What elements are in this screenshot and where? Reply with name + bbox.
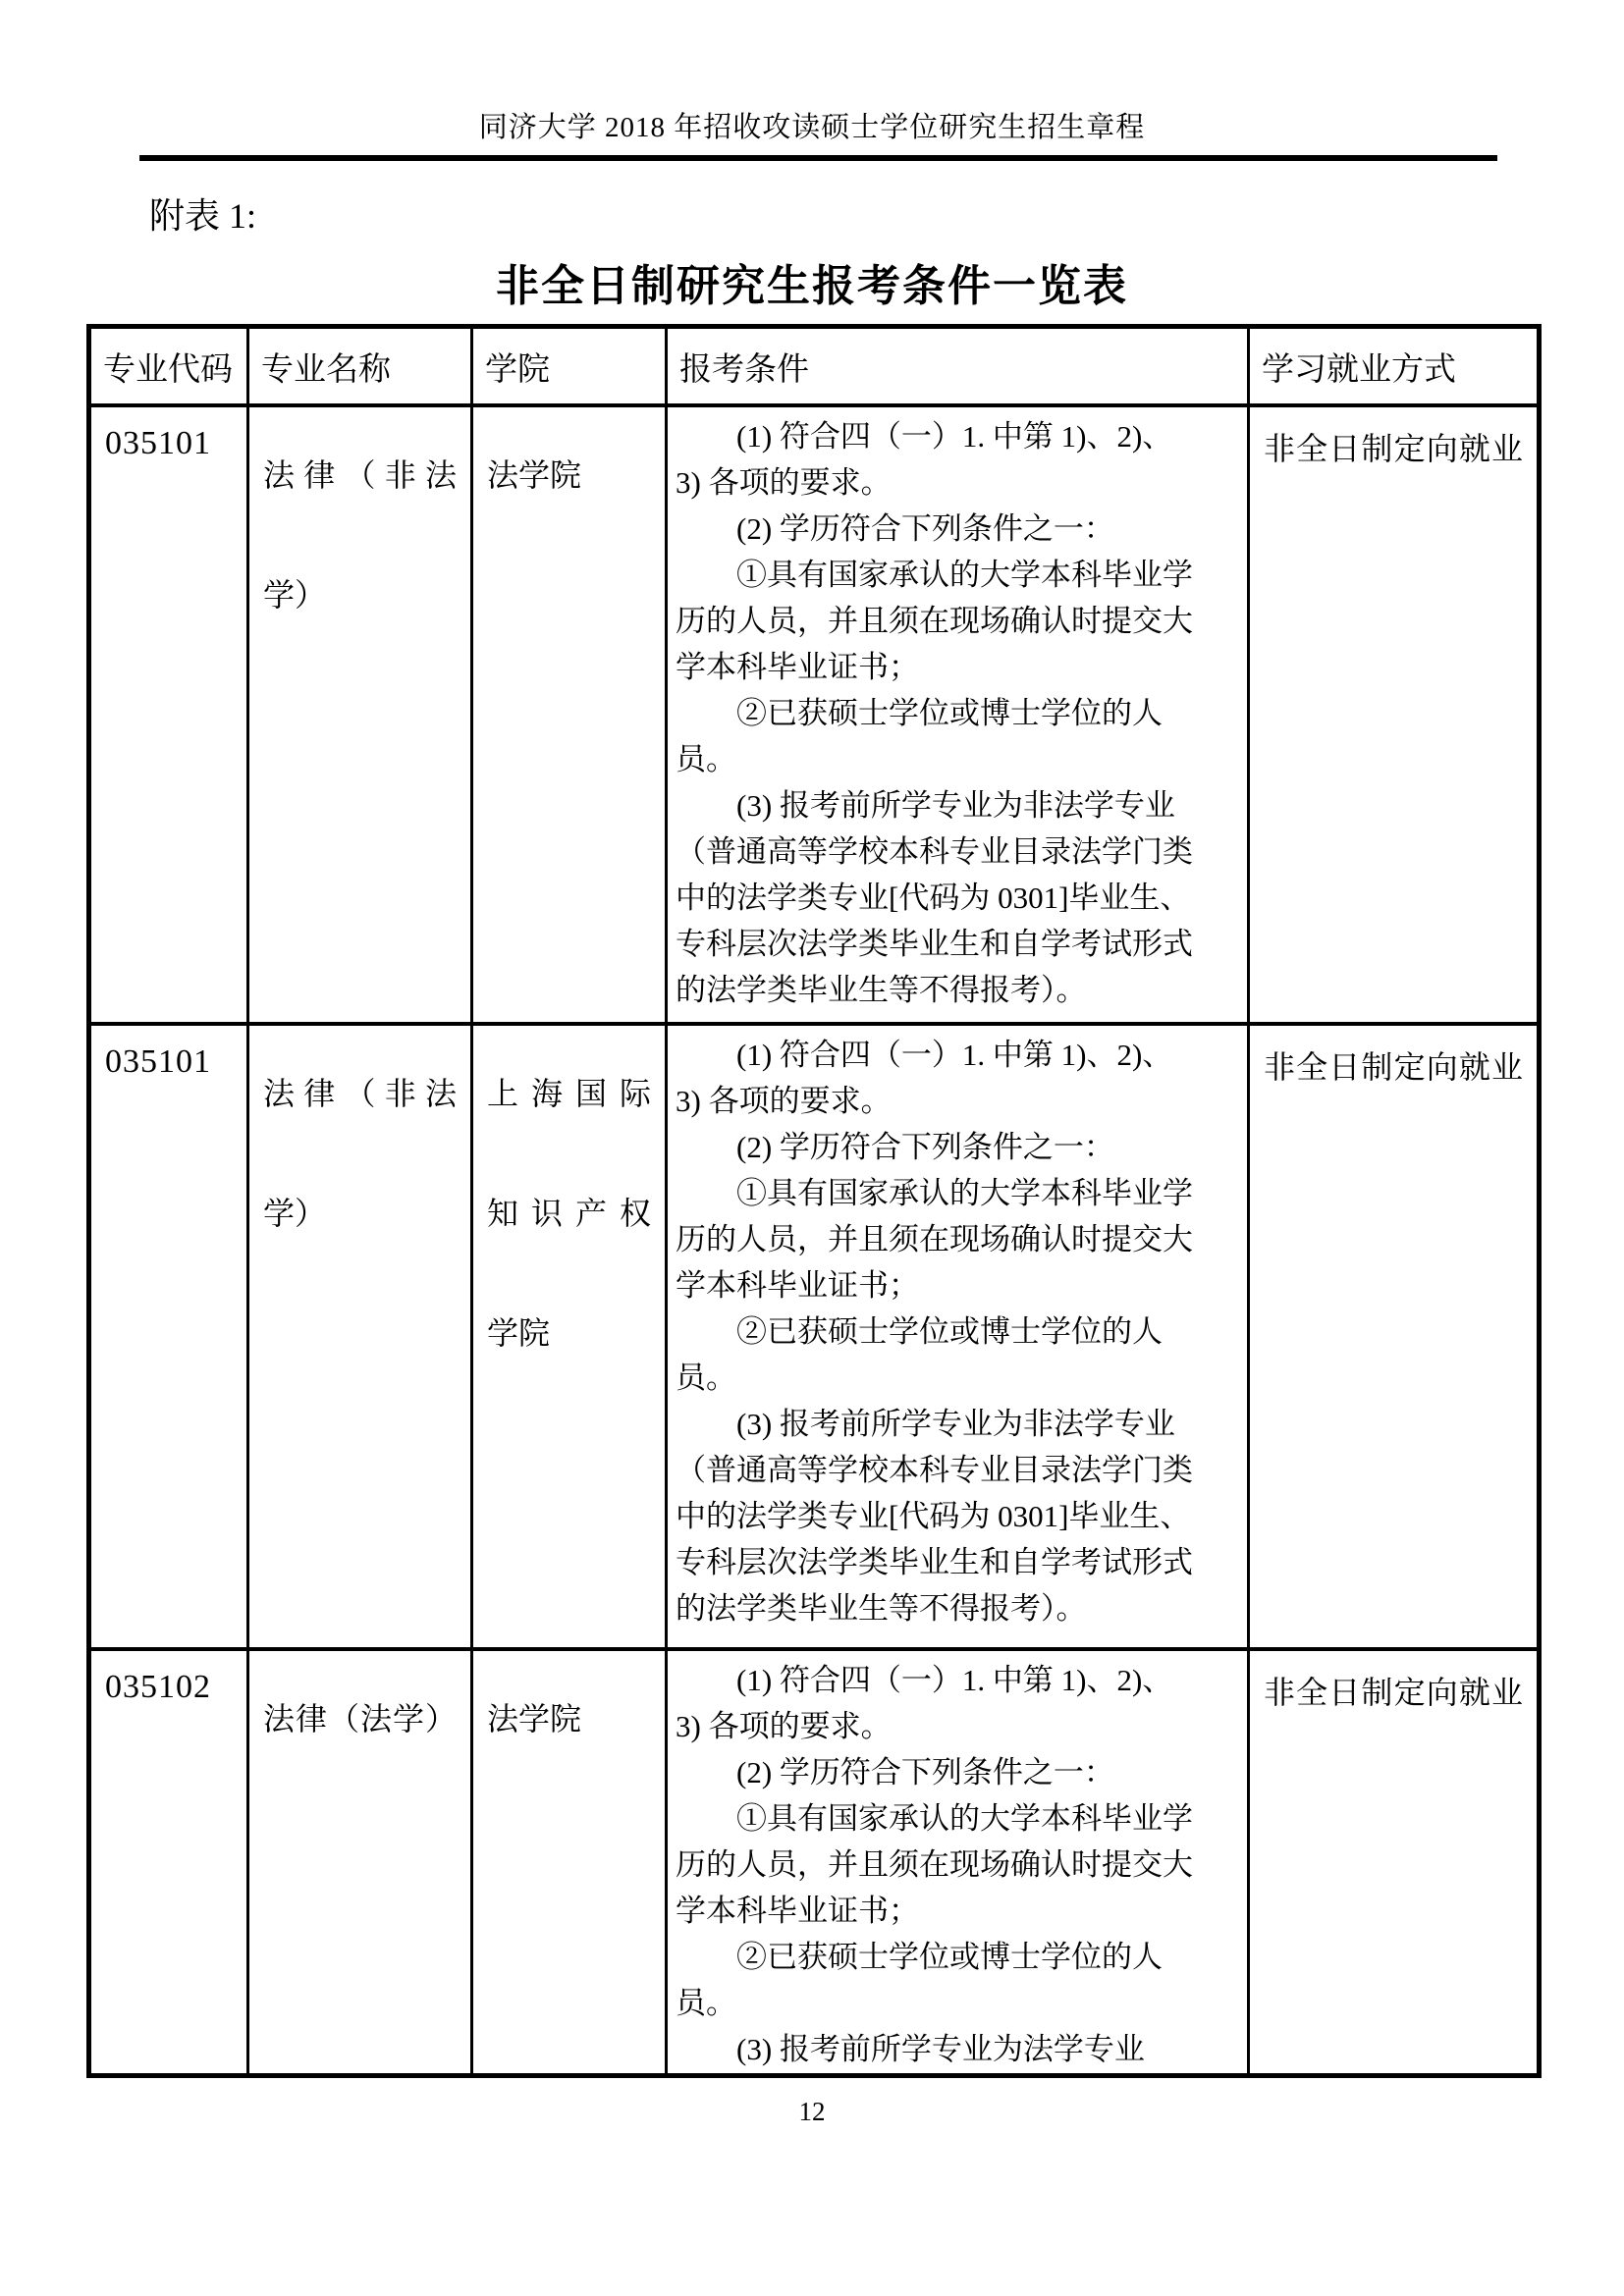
study-mode-cell: 非全日制定向就业 [1250,1026,1537,1647]
major-name-line: 法律（非法 [263,1034,457,1153]
conditions-cell: (1) 符合四（一）1. 中第 1)、2)、 3) 各项的要求。 (2) 学历符… [668,1651,1250,2073]
major-name-line: 法律（法学） [263,1659,457,1779]
condition-line: （普通高等学校本科专业目录法学门类 [676,828,1237,875]
condition-line: (1) 符合四（一）1. 中第 1)、2)、 [676,1657,1237,1703]
table-header-row: 专业代码 专业名称 学院 报考条件 学习就业方式 [91,329,1537,407]
college-line: 学院 [487,1273,651,1393]
header-cell-major-code: 专业代码 [91,329,249,403]
study-mode-cell: 非全日制定向就业 [1250,407,1537,1022]
condition-line: 员。 [676,1980,1237,2026]
condition-line: (1) 符合四（一）1. 中第 1)、2)、 [676,413,1237,459]
admission-conditions-table: 专业代码 专业名称 学院 报考条件 学习就业方式 035101 法律（非法 学）… [86,324,1542,2078]
study-mode-cell: 非全日制定向就业 [1250,1651,1537,2073]
major-code-cell: 035101 [91,407,249,1022]
header-rule [139,155,1497,161]
condition-line: 员。 [676,736,1237,782]
conditions-cell: (1) 符合四（一）1. 中第 1)、2)、 3) 各项的要求。 (2) 学历符… [668,407,1250,1022]
condition-line: ②已获硕士学位或博士学位的人 [676,690,1237,736]
condition-line: ②已获硕士学位或博士学位的人 [676,1934,1237,1980]
college-cell: 法学院 [473,1651,668,2073]
table-row: 035101 法律（非法 学） 法学院 (1) 符合四（一）1. 中第 1)、2… [91,407,1537,1026]
condition-line: 历的人员，并且须在现场确认时提交大 [676,1216,1237,1262]
major-name-cell: 法律（非法 学） [249,407,473,1022]
header-cell-major-name: 专业名称 [249,329,473,403]
condition-line: 专科层次法学类毕业生和自学考试形式 [676,1539,1237,1585]
condition-line: (2) 学历符合下列条件之一： [676,1749,1237,1795]
condition-line: ①具有国家承认的大学本科毕业学 [676,1795,1237,1842]
condition-line: 历的人员，并且须在现场确认时提交大 [676,598,1237,644]
study-mode-text: 非全日制定向就业 [1264,429,1523,468]
condition-line: 学本科毕业证书； [676,644,1237,690]
college-line: 上海国际 [487,1034,651,1153]
major-name-cell: 法律（非法 学） [249,1026,473,1647]
condition-line: 专科层次法学类毕业生和自学考试形式 [676,921,1237,967]
major-name-line: 学） [263,1153,457,1273]
condition-line: ②已获硕士学位或博士学位的人 [676,1308,1237,1355]
annex-label: 附表 1: [149,194,256,238]
condition-line: (1) 符合四（一）1. 中第 1)、2)、 [676,1032,1237,1078]
condition-line: (2) 学历符合下列条件之一： [676,1124,1237,1170]
condition-line: 的法学类毕业生等不得报考）。 [676,967,1237,1013]
page-number: 12 [0,2097,1624,2127]
condition-line: 员。 [676,1355,1237,1401]
major-code-cell: 035102 [91,1651,249,2073]
college-line: 法学院 [487,1659,651,1779]
table-title: 非全日制研究生报考条件一览表 [0,261,1624,312]
condition-line: (3) 报考前所学专业为非法学专业 [676,1401,1237,1447]
condition-line: 中的法学类专业[代码为 0301]毕业生、 [676,875,1237,921]
study-mode-text: 非全日制定向就业 [1264,1047,1523,1087]
condition-line: ①具有国家承认的大学本科毕业学 [676,1170,1237,1216]
condition-line: (2) 学历符合下列条件之一： [676,506,1237,552]
college-cell: 上海国际 知识产权 学院 [473,1026,668,1647]
condition-line: （普通高等学校本科专业目录法学门类 [676,1447,1237,1493]
table-row: 035101 法律（非法 学） 上海国际 知识产权 学院 (1) 符合四（一）1… [91,1026,1537,1651]
study-mode-text: 非全日制定向就业 [1264,1673,1523,1712]
table-row: 035102 法律（法学） 法学院 (1) 符合四（一）1. 中第 1)、2)、… [91,1651,1537,2073]
major-name-line: 学） [263,535,457,655]
conditions-cell: (1) 符合四（一）1. 中第 1)、2)、 3) 各项的要求。 (2) 学历符… [668,1026,1250,1647]
condition-line: 学本科毕业证书； [676,1888,1237,1934]
condition-line: (3) 报考前所学专业为非法学专业 [676,782,1237,828]
header-cell-conditions: 报考条件 [668,329,1250,403]
condition-line: 3) 各项的要求。 [676,459,1237,506]
condition-line: 的法学类毕业生等不得报考）。 [676,1585,1237,1631]
condition-line: 历的人员，并且须在现场确认时提交大 [676,1842,1237,1888]
college-cell: 法学院 [473,407,668,1022]
condition-line: ①具有国家承认的大学本科毕业学 [676,552,1237,598]
major-name-line: 法律（非法 [263,415,457,535]
college-line: 知识产权 [487,1153,651,1273]
college-line: 法学院 [487,415,651,535]
condition-line: 3) 各项的要求。 [676,1703,1237,1749]
condition-line: 中的法学类专业[代码为 0301]毕业生、 [676,1493,1237,1539]
major-code-cell: 035101 [91,1026,249,1647]
condition-line: 3) 各项的要求。 [676,1078,1237,1124]
document-header: 同济大学 2018 年招收攻读硕士学位研究生招生章程 [0,110,1624,145]
condition-line: (3) 报考前所学专业为法学专业 [676,2026,1237,2072]
major-name-cell: 法律（法学） [249,1651,473,2073]
header-cell-study-mode: 学习就业方式 [1250,329,1537,403]
header-cell-college: 学院 [473,329,668,403]
condition-line: 学本科毕业证书； [676,1262,1237,1308]
